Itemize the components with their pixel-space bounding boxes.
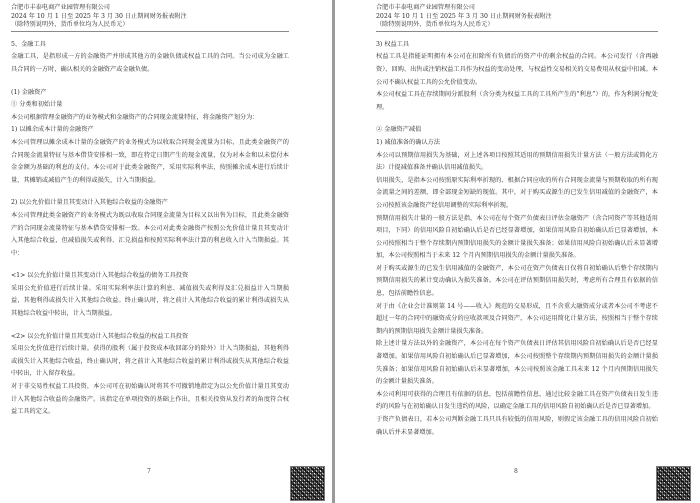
qr-code [290,466,325,501]
paragraph: 本公司利用可获得的合理且有依据的信息，包括前瞻性信息，通过比较金融工具在资产负债… [376,389,658,414]
paragraph: 于资产负债表日，若本公司判断金融工具只具有较低的信用风险，则假定该金融工具的信用… [376,414,658,439]
spacer [11,260,289,270]
spacer [11,77,289,87]
page-divider [332,0,335,503]
company-name: 合肥市丰泰电商产业园管理有限公司 [11,4,289,13]
paragraph: 本公司权益工具在存续期间分派股利（含分类为权益工具的工具所产生的“利息”）的，作… [376,89,658,114]
spacer [11,187,289,197]
subsection-heading: <1> 以公允价值计量且其变动计入其他综合收益的债务工具投资 [11,270,289,283]
header-rule [11,31,289,32]
paragraph: 预期信用损失计量的一般方法是指，本公司在每个资产负债表日评估金融资产（含合同资产… [376,213,658,263]
currency-note: （除特别说明外，货币单位均为人民币元） [11,21,289,30]
subsection-heading: 1) 以摊余成本计量的金融资产 [11,124,289,137]
header-rule [376,31,658,32]
subsection-heading: ① 分类和初始计量 [11,99,289,112]
document-page-right: 合肥市丰泰电商产业园管理有限公司 2024 年 10 月 1 日至 2025 年… [336,0,700,503]
paragraph: 信用损失，是指本公司按照原实际利率折现的、根据合同应收的所有合同现金流量与预期收… [376,175,658,213]
paragraph: 对于购买或源生的已发生信用减值的金融资产，本公司在资产负债表日仅将自初始确认后整… [376,263,658,301]
page-header: 合肥市丰泰电商产业园管理有限公司 2024 年 10 月 1 日至 2025 年… [11,4,289,30]
subsection-heading: <2> 以公允价值计量且其变动计入其他综合收益的权益工具投资 [11,331,289,344]
page-content-left: 合肥市丰泰电商产业园管理有限公司 2024 年 10 月 1 日至 2025 年… [11,4,289,419]
subsection-heading: 3) 权益工具 [376,39,658,52]
paragraph: 除上述计量方法以外的金融资产，本公司在每个资产负债表日评估其信用风险自初始确认后… [376,338,658,388]
spacer [11,321,289,331]
paragraph: 本公司管理此类金融资产的业务模式为既以收取合同现金流量为目标又以出售为目标，且此… [11,210,289,260]
paragraph: 金融工具，是指形成一方的金融资产并形成其他方的金融负债或权益工具的合同。当公司成… [11,51,289,76]
qr-code [656,466,691,501]
paragraph: 采用公允价值进行后续计量。获得的股利（属于投资成本收回部分的除外）计入当期损益，… [11,343,289,381]
paragraph: 本公司以预期信用损失为基础，对上述各项目按照其适用的预期信用损失计量方法（一般方… [376,150,658,175]
company-name: 合肥市丰泰电商产业园管理有限公司 [376,4,658,13]
page-number: 8 [514,468,518,475]
subsection-heading: ② 金融资产减值 [376,124,658,137]
page-body: 3) 权益工具 权益工具是指能证明拥有本公司在扣除所有负债后的资产中的剩余权益的… [376,39,658,439]
paragraph: 本公司管理以摊余成本计量的金融资产的业务模式为以收取合同现金流量为目标，且此类金… [11,137,289,187]
page-header: 合肥市丰泰电商产业园管理有限公司 2024 年 10 月 1 日至 2025 年… [376,4,658,30]
report-period: 2024 年 10 月 1 日至 2025 年 3 月 30 日止期间财务报表附… [376,13,658,22]
paragraph: 采用公允价值进行后续计量。采用实际利率法计算的利息、减值损失或利得及汇兑损益计入… [11,283,289,321]
paragraph: 本公司根据管理金融资产的业务模式和金融资产的合同现金流量特征，将金融资产划分为： [11,112,289,125]
subsection-heading: 1) 减值准备的确认方法 [376,137,658,150]
paragraph: 对于非交易性权益工具投资，本公司可在初始确认时将其不可撤销地指定为以公允价值计量… [11,381,289,419]
spacer [376,114,658,124]
page-body: 5、金融工具 金融工具，是指形成一方的金融资产并形成其他方的金融负债或权益工具的… [11,39,289,419]
section-heading: 5、金融工具 [11,39,289,52]
subsection-heading: 2) 以公允价值计量且其变动计入其他综合收益的金融资产 [11,197,289,210]
document-page-left: 合肥市丰泰电商产业园管理有限公司 2024 年 10 月 1 日至 2025 年… [0,0,332,503]
report-period: 2024 年 10 月 1 日至 2025 年 3 月 30 日止期间财务报表附… [11,13,289,22]
paragraph: 对于由《企业会计准则第 14 号——收入》规范的交易形成，且不含重大融资成分或者… [376,301,658,339]
page-number: 7 [147,468,151,475]
currency-note: （除特别说明外，货币单位均为人民币元） [376,21,658,30]
paragraph: 权益工具是指能证明拥有本公司在扣除所有负债后的资产中的剩余权益的合同。本公司发行… [376,51,658,89]
page-content-right: 合肥市丰泰电商产业园管理有限公司 2024 年 10 月 1 日至 2025 年… [376,4,658,439]
subsection-heading: (1) 金融资产 [11,87,289,100]
